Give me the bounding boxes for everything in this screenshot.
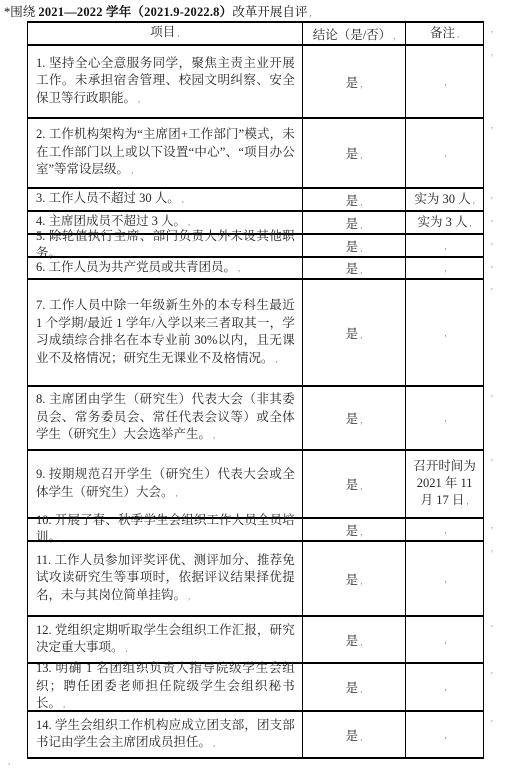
paragraph-mark: ,	[360, 150, 362, 160]
conclusion-cell: 是,	[302, 519, 406, 540]
conclusion-cell: 是,	[302, 46, 406, 117]
conclusion-cell: 是,	[302, 451, 406, 517]
paragraph-mark: ,	[213, 738, 215, 748]
table-row: 14. 学生会组织工作机构应成立团支部，团支部书记由学生会主席团成员担任。,是,…	[28, 710, 483, 757]
conclusion-text: 是,	[346, 144, 363, 162]
conclusion-cell: 是,	[302, 617, 406, 662]
row-end-mark: ,	[491, 665, 493, 675]
item-text: 6. 工作人员为共产党员或共青团员。,	[36, 259, 240, 278]
conclusion-text: 是,	[346, 214, 363, 232]
conclusion-cell: 是,	[302, 212, 406, 233]
paragraph-mark: ,	[213, 430, 215, 440]
row-end-mark: ,	[491, 120, 493, 130]
remark-cell: ,	[405, 519, 483, 540]
remark-cell: ,	[405, 235, 483, 256]
paragraph-mark: ,	[445, 525, 447, 535]
conclusion-text: 是,	[346, 324, 363, 342]
remark-text: ,	[443, 237, 447, 255]
remark-text: ,	[443, 726, 447, 744]
paragraph-mark: ,	[8, 756, 10, 766]
row-end-mark: ,	[491, 452, 493, 462]
row-end-mark: ,	[491, 281, 493, 291]
conclusion-text: 是,	[346, 409, 363, 427]
paragraph-mark: ,	[445, 241, 447, 251]
paragraph-mark: ,	[182, 194, 184, 204]
remark-text: ,	[443, 73, 447, 91]
conclusion-cell: 是,	[302, 664, 406, 710]
remark-cell: ,	[405, 542, 483, 615]
paragraph-mark: ,	[360, 481, 362, 491]
header-remark-label: 备注	[430, 26, 455, 40]
remark-cell: 实为 3 人,	[405, 212, 483, 233]
table-row: 6. 工作人员为共产党员或共青团员。,是,,,	[28, 256, 483, 278]
paragraph-mark: ,	[445, 77, 447, 87]
paragraph-mark: ,	[360, 637, 362, 647]
item-text: 11. 工作人员参加评奖评优、测评加分、推荐免试攻读研究生等事项时，依据评议结果…	[36, 552, 295, 606]
conclusion-cell: 是,	[302, 280, 406, 385]
paragraph-mark: ,	[360, 576, 362, 586]
conclusion-cell: 是,	[302, 189, 406, 210]
title-prefix: *围绕	[4, 5, 38, 19]
paragraph-mark: ,	[309, 8, 311, 18]
item-cell: 14. 学生会组织工作机构应成立团支部，团支部书记由学生会主席团成员担任。,	[28, 712, 302, 757]
item-text: 9. 按期规范召开学生（研究生）代表大会或全体学生（研究生）大会。,	[36, 466, 295, 502]
remark-cell: 实为 30 人,	[405, 189, 483, 210]
remark-text: ,	[443, 570, 447, 588]
paragraph-mark: ,	[360, 732, 362, 742]
paragraph-mark: ,	[457, 29, 459, 39]
conclusion-cell: 是,	[302, 235, 406, 256]
paragraph-mark: ,	[445, 635, 447, 645]
paragraph-mark: ,	[360, 684, 362, 694]
paragraph-mark: ,	[188, 217, 190, 227]
paragraph-mark: ,	[131, 165, 133, 175]
table-row: 12. 党组织定期听取学生会组织工作汇报，研究决定重大事项。,是,,,	[28, 615, 483, 662]
paragraph-mark: ,	[360, 220, 362, 230]
row-end-mark: ,	[491, 236, 493, 246]
header-conclusion: 结论（是/否）,	[302, 23, 406, 44]
paragraph-mark: ,	[393, 31, 395, 41]
item-text: 8. 主席团由学生（研究生）代表大会（非其委员会、常务委员会、常任代表会议等）或…	[36, 391, 295, 445]
item-cell: 7. 工作人员中除一年级新生外的本专科生最近 1 个学期/最近 1 学年/入学以…	[28, 280, 302, 385]
conclusion-text: 是,	[346, 726, 363, 744]
paragraph-mark: ,	[177, 28, 179, 38]
remark-text: ,	[443, 631, 447, 649]
conclusion-text: 是,	[346, 259, 363, 277]
header-remark: 备注,	[405, 23, 483, 44]
conclusion-text: 是,	[346, 521, 363, 539]
remark-text: ,	[443, 324, 447, 342]
row-end-mark: ,	[491, 47, 493, 57]
remark-text: ,	[443, 144, 447, 162]
remark-text: ,	[443, 259, 447, 277]
paragraph-mark: ,	[360, 527, 362, 537]
conclusion-text: 是,	[346, 475, 363, 493]
paragraph-mark: ,	[445, 148, 447, 158]
item-text: 2. 工作机构架构为“主席团+工作部门”模式，未在工作部门以上或以下设置“中心”…	[36, 126, 295, 180]
table-row: 11. 工作人员参加评奖评优、测评加分、推荐免试攻读研究生等事项时，依据评议结果…	[28, 540, 483, 615]
item-cell: 9. 按期规范召开学生（研究生）代表大会或全体学生（研究生）大会。,	[28, 451, 302, 517]
conclusion-text: 是,	[346, 73, 363, 91]
remark-cell: ,	[405, 712, 483, 757]
conclusion-cell: 是,	[302, 258, 406, 278]
item-text: 14. 学生会组织工作机构应成立团支部，团支部书记由学生会主席团成员担任。,	[36, 717, 295, 753]
remark-cell: 召开时间为 2021 年 11 月 17 日,	[405, 451, 483, 517]
paragraph-mark: ,	[138, 94, 140, 104]
paragraph-mark: ,	[466, 496, 468, 506]
remark-text: 召开时间为 2021 年 11 月 17 日,	[409, 458, 480, 510]
paragraph-mark: ,	[360, 330, 362, 340]
paragraph-mark: ,	[445, 730, 447, 740]
conclusion-cell: 是,	[302, 542, 406, 615]
table-row: 3. 工作人员不超过 30 人。,是,实为 30 人,,	[28, 187, 483, 210]
remark-text: ,	[443, 521, 447, 539]
conclusion-text: 是,	[346, 191, 363, 209]
table-row: 1. 坚持全心全意服务同学，聚焦主责主业开展工作。未承担宿舍管理、校园文明纠察、…	[28, 44, 483, 117]
row-end-mark: ,	[491, 24, 493, 34]
item-cell: 3. 工作人员不超过 30 人。,	[28, 189, 302, 210]
conclusion-text: 是,	[346, 631, 363, 649]
paragraph-mark: ,	[360, 79, 362, 89]
remark-text: 实为 30 人,	[414, 191, 475, 209]
remark-cell: ,	[405, 258, 483, 278]
document-title: *围绕 2021—2022 学年（2021.9-2022.8）改革开展自评,	[4, 4, 494, 21]
item-cell: 11. 工作人员参加评奖评优、测评加分、推荐免试攻读研究生等事项时，依据评议结果…	[28, 542, 302, 615]
row-end-mark: ,	[491, 618, 493, 628]
paragraph-mark: ,	[126, 643, 128, 653]
table-row: 13. 明确 1 名团组织负责人指导院级学生会组织；聘任团委老师担任院级学生会组…	[28, 662, 483, 710]
item-cell: 12. 党组织定期听取学生会组织工作汇报，研究决定重大事项。,	[28, 617, 302, 662]
table-row: 7. 工作人员中除一年级新生外的本专科生最近 1 个学期/最近 1 学年/入学以…	[28, 278, 483, 385]
paragraph-mark: ,	[360, 197, 362, 207]
table-row: 10. 开展了春、秋季学生会组织工作人员全员培训。,是,,,	[28, 517, 483, 540]
paragraph-mark: ,	[445, 413, 447, 423]
row-end-mark: ,	[491, 213, 493, 223]
paragraph-mark: ,	[473, 195, 475, 205]
header-item-label: 项目	[150, 25, 175, 39]
paragraph-mark: ,	[360, 243, 362, 253]
paragraph-mark: ,	[445, 574, 447, 584]
remark-cell: ,	[405, 664, 483, 710]
paragraph-mark: ,	[176, 488, 178, 498]
row-end-mark: ,	[491, 713, 493, 723]
title-period: 2021—2022 学年（2021.9-2022.8）	[38, 5, 232, 19]
paragraph-mark: ,	[445, 328, 447, 338]
remark-cell: ,	[405, 617, 483, 662]
table-row: 9. 按期规范召开学生（研究生）代表大会或全体学生（研究生）大会。,是,召开时间…	[28, 449, 483, 517]
item-cell: 2. 工作机构架构为“主席团+工作部门”模式，未在工作部门以上或以下设置“中心”…	[28, 119, 302, 187]
row-end-mark: ,	[491, 543, 493, 553]
remark-cell: ,	[405, 46, 483, 117]
row-end-mark: ,	[491, 520, 493, 530]
conclusion-text: 是,	[346, 570, 363, 588]
paragraph-mark: ,	[238, 263, 240, 273]
remark-cell: ,	[405, 119, 483, 187]
remark-text: ,	[443, 678, 447, 696]
paragraph-mark: ,	[445, 263, 447, 273]
header-conclusion-label: 结论（是/否）	[313, 28, 391, 42]
item-cell: 13. 明确 1 名团组织负责人指导院级学生会组织；聘任团委老师担任院级学生会组…	[28, 664, 302, 710]
table-row: 2. 工作机构架构为“主席团+工作部门”模式，未在工作部门以上或以下设置“中心”…	[28, 117, 483, 187]
remark-text: 实为 3 人,	[418, 214, 472, 232]
conclusion-cell: 是,	[302, 712, 406, 757]
item-cell: 8. 主席团由学生（研究生）代表大会（非其委员会、常务委员会、常任代表会议等）或…	[28, 387, 302, 449]
title-suffix: 改革开展自评	[232, 5, 307, 19]
item-cell: 1. 坚持全心全意服务同学，聚焦主责主业开展工作。未承担宿舍管理、校园文明纠察、…	[28, 46, 302, 117]
self-assessment-table: 项目, 结论（是/否）, 备注, , 1. 坚持全心全意服务同学，聚焦主责主业开…	[27, 21, 484, 759]
row-end-mark: ,	[491, 388, 493, 398]
item-cell: 5. 除轮值执行主席、部门负责人外未设其他职务。,	[28, 235, 302, 256]
item-text: 1. 坚持全心全意服务同学，聚焦主责主业开展工作。未承担宿舍管理、校园文明纠察、…	[36, 55, 295, 109]
conclusion-cell: 是,	[302, 387, 406, 449]
table-row: 5. 除轮值执行主席、部门负责人外未设其他职务。,是,,,	[28, 233, 483, 256]
conclusion-cell: 是,	[302, 119, 406, 187]
paragraph-mark: ,	[360, 265, 362, 275]
item-text: 3. 工作人员不超过 30 人。,	[36, 190, 184, 209]
table-header-row: 项目, 结论（是/否）, 备注, ,	[28, 23, 483, 44]
item-cell: 10. 开展了春、秋季学生会组织工作人员全员培训。,	[28, 519, 302, 540]
paragraph-mark: ,	[188, 591, 190, 601]
item-text: 7. 工作人员中除一年级新生外的本专科生最近 1 个学期/最近 1 学年/入学以…	[36, 297, 295, 368]
paragraph-mark: ,	[360, 415, 362, 425]
paragraph-mark: ,	[63, 699, 65, 709]
row-end-mark: ,	[491, 259, 493, 269]
row-end-mark: ,	[491, 190, 493, 200]
remark-cell: ,	[405, 387, 483, 449]
paragraph-mark: ,	[470, 218, 472, 228]
conclusion-text: 是,	[346, 237, 363, 255]
remark-text: ,	[443, 409, 447, 427]
item-text: 12. 党组织定期听取学生会组织工作汇报，研究决定重大事项。,	[36, 622, 295, 658]
remark-cell: ,	[405, 280, 483, 385]
paragraph-mark: ,	[445, 682, 447, 692]
table-row: 8. 主席团由学生（研究生）代表大会（非其委员会、常务委员会、常任代表会议等）或…	[28, 385, 483, 449]
item-text: 13. 明确 1 名团组织负责人指导院级学生会组织；聘任团委老师担任院级学生会组…	[36, 660, 295, 714]
item-cell: 6. 工作人员为共产党员或共青团员。,	[28, 258, 302, 278]
conclusion-text: 是,	[346, 678, 363, 696]
header-item: 项目,	[28, 23, 302, 44]
paragraph-mark: ,	[276, 354, 278, 364]
